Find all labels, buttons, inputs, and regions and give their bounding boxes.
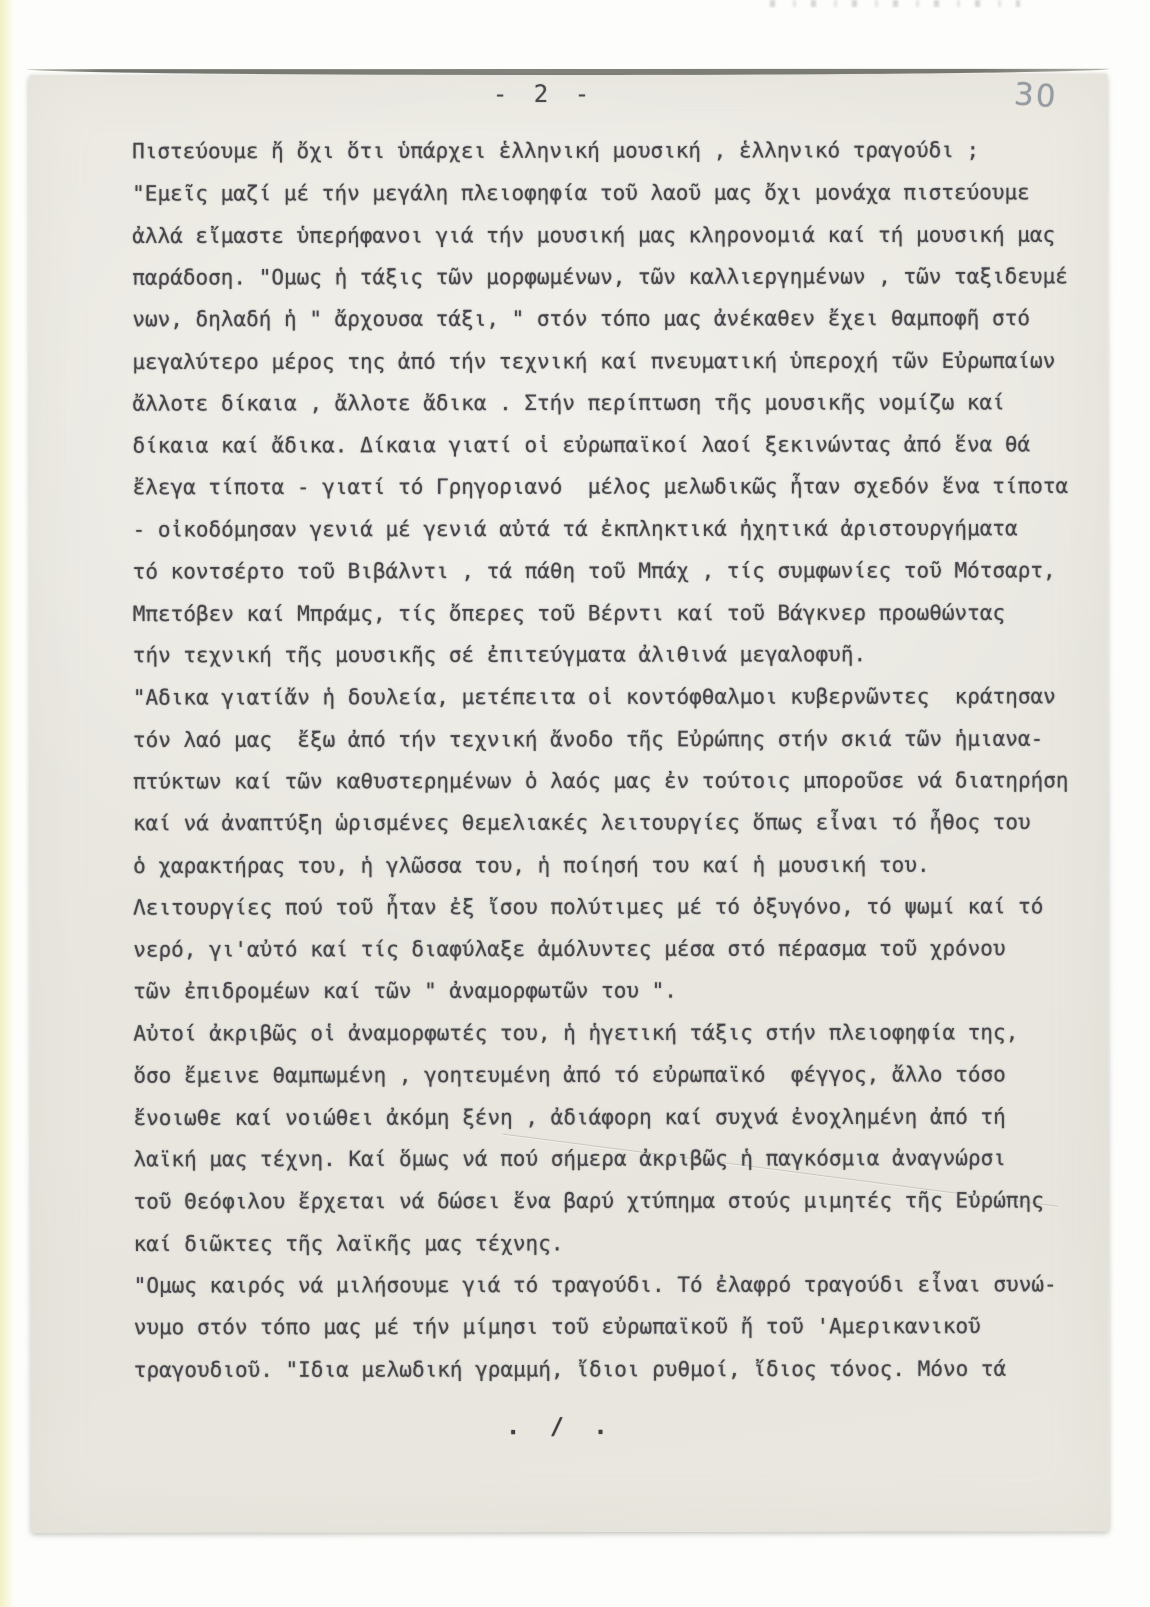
typed-line: μεγαλύτερο μέρος της ἀπό τήν τεχνική καί… [132, 340, 1092, 383]
typed-line: λαϊκή μας τέχνη. Καί ὅμως νά πού σήμερα … [133, 1137, 1093, 1180]
typed-line: τραγουδιοῦ. "Ιδια μελωδική γραμμή, ἴδιοι… [134, 1348, 1094, 1391]
typed-line: τήν τεχνική τῆς μουσικῆς σέ ἐπιτεύγματα … [133, 633, 1093, 676]
scanner-edge-strip [0, 0, 14, 1607]
typed-line: τό κοντσέρτο τοῦ Βιβάλντι , τά πάθη τοῦ … [133, 549, 1093, 592]
typed-text-block: Πιστεύουμε ἤ ὄχι ὅτι ὑπάρχει ἑλληνική μο… [132, 129, 1094, 1390]
continuation-mark: . / . [431, 1414, 691, 1440]
typed-line: Αὐτοί ἀκριβῶς οἱ ἀναμορφωτές του, ἡ ἡγετ… [133, 1011, 1093, 1054]
typed-line: - οἰκοδόμησαν γενιά μέ γενιά αὐτά τά ἐκπ… [133, 507, 1093, 550]
typed-line: "Ομως καιρός νά μιλήσουμε γιά τό τραγούδ… [134, 1263, 1094, 1306]
scanned-page: - 2 - 30 Πιστεύουμε ἤ ὄχι ὅτι ὑπάρχει ἑλ… [29, 73, 1109, 1533]
typed-line: Μπετόβεν καί Μπράμς, τίς ὄπερες τοῦ Βέρν… [133, 592, 1093, 635]
typed-line: ὁ χαρακτήρας του, ἡ γλῶσσα του, ἡ ποίησή… [133, 844, 1093, 887]
scan-artifact-marks [770, 0, 1020, 7]
typed-line: δίκαια καί ἄδικα. Δίκαια γιατί οἱ εὐρωπα… [132, 423, 1092, 466]
typed-line: νερό, γι'αὐτό καί τίς διαφύλαξε ἀμόλυντε… [133, 927, 1093, 970]
typed-line: ἄλλοτε δίκαια , ἄλλοτε ἄδικα . Στήν περί… [132, 381, 1092, 424]
typed-line: τοῦ Θεόφιλου ἔρχεται νά δώσει ἕνα βαρύ χ… [134, 1179, 1094, 1222]
typed-line: ἔνοιωθε καί νοιώθει ἀκόμη ξένη , ἀδιάφορ… [133, 1096, 1093, 1139]
page-number-header: - 2 - [454, 80, 634, 108]
typed-line: Πιστεύουμε ἤ ὄχι ὅτι ὑπάρχει ἑλληνική μο… [132, 129, 1092, 172]
handwritten-page-number: 30 [1013, 76, 1105, 118]
typed-line: Λειτουργίες πού τοῦ ἦταν ἐξ ἴσου πολύτιμ… [133, 885, 1093, 928]
typed-line: ἔλεγα τίποτα - γιατί τό Γρηγοριανό μέλος… [133, 465, 1093, 508]
typed-line: ὅσο ἔμεινε θαμπωμένη , γοητευμένη ἀπό τό… [133, 1053, 1093, 1096]
typed-line: νυμο στόν τόπο μας μέ τήν μίμησι τοῦ εὐρ… [134, 1305, 1094, 1348]
paper-top-edge [27, 69, 1109, 75]
typed-line: ἀλλά εἴμαστε ὑπερήφανοι γιά τήν μουσική … [132, 214, 1092, 257]
typed-line: πτύκτων καί τῶν καθυστερημένων ὁ λαός μα… [133, 759, 1093, 802]
typed-line: παράδοση. "Ομως ἡ τάξις τῶν μορφωμένων, … [132, 255, 1092, 298]
typed-line: "Αδικα γιατίἄν ἡ δουλεία, μετέπειτα οἱ κ… [133, 675, 1093, 718]
typed-line: τῶν ἐπιδρομέων καί τῶν " ἀναμορφωτῶν του… [133, 969, 1093, 1012]
typed-line: νων, δηλαδή ἡ " ἄρχουσα τάξι, " στόν τόπ… [132, 297, 1092, 340]
typed-line: καί διῶκτες τῆς λαϊκῆς μας τέχνης. [134, 1222, 1094, 1265]
typed-line: "Εμεῖς μαζί μέ τήν μεγάλη πλειοφηφία τοῦ… [132, 171, 1092, 214]
typed-line: τόν λαό μας ἔξω ἀπό τήν τεχνική ἄνοδο τῆ… [133, 718, 1093, 761]
typed-line: καί νά ἀναπτύξη ὡρισμένες θεμελιακές λει… [133, 801, 1093, 844]
